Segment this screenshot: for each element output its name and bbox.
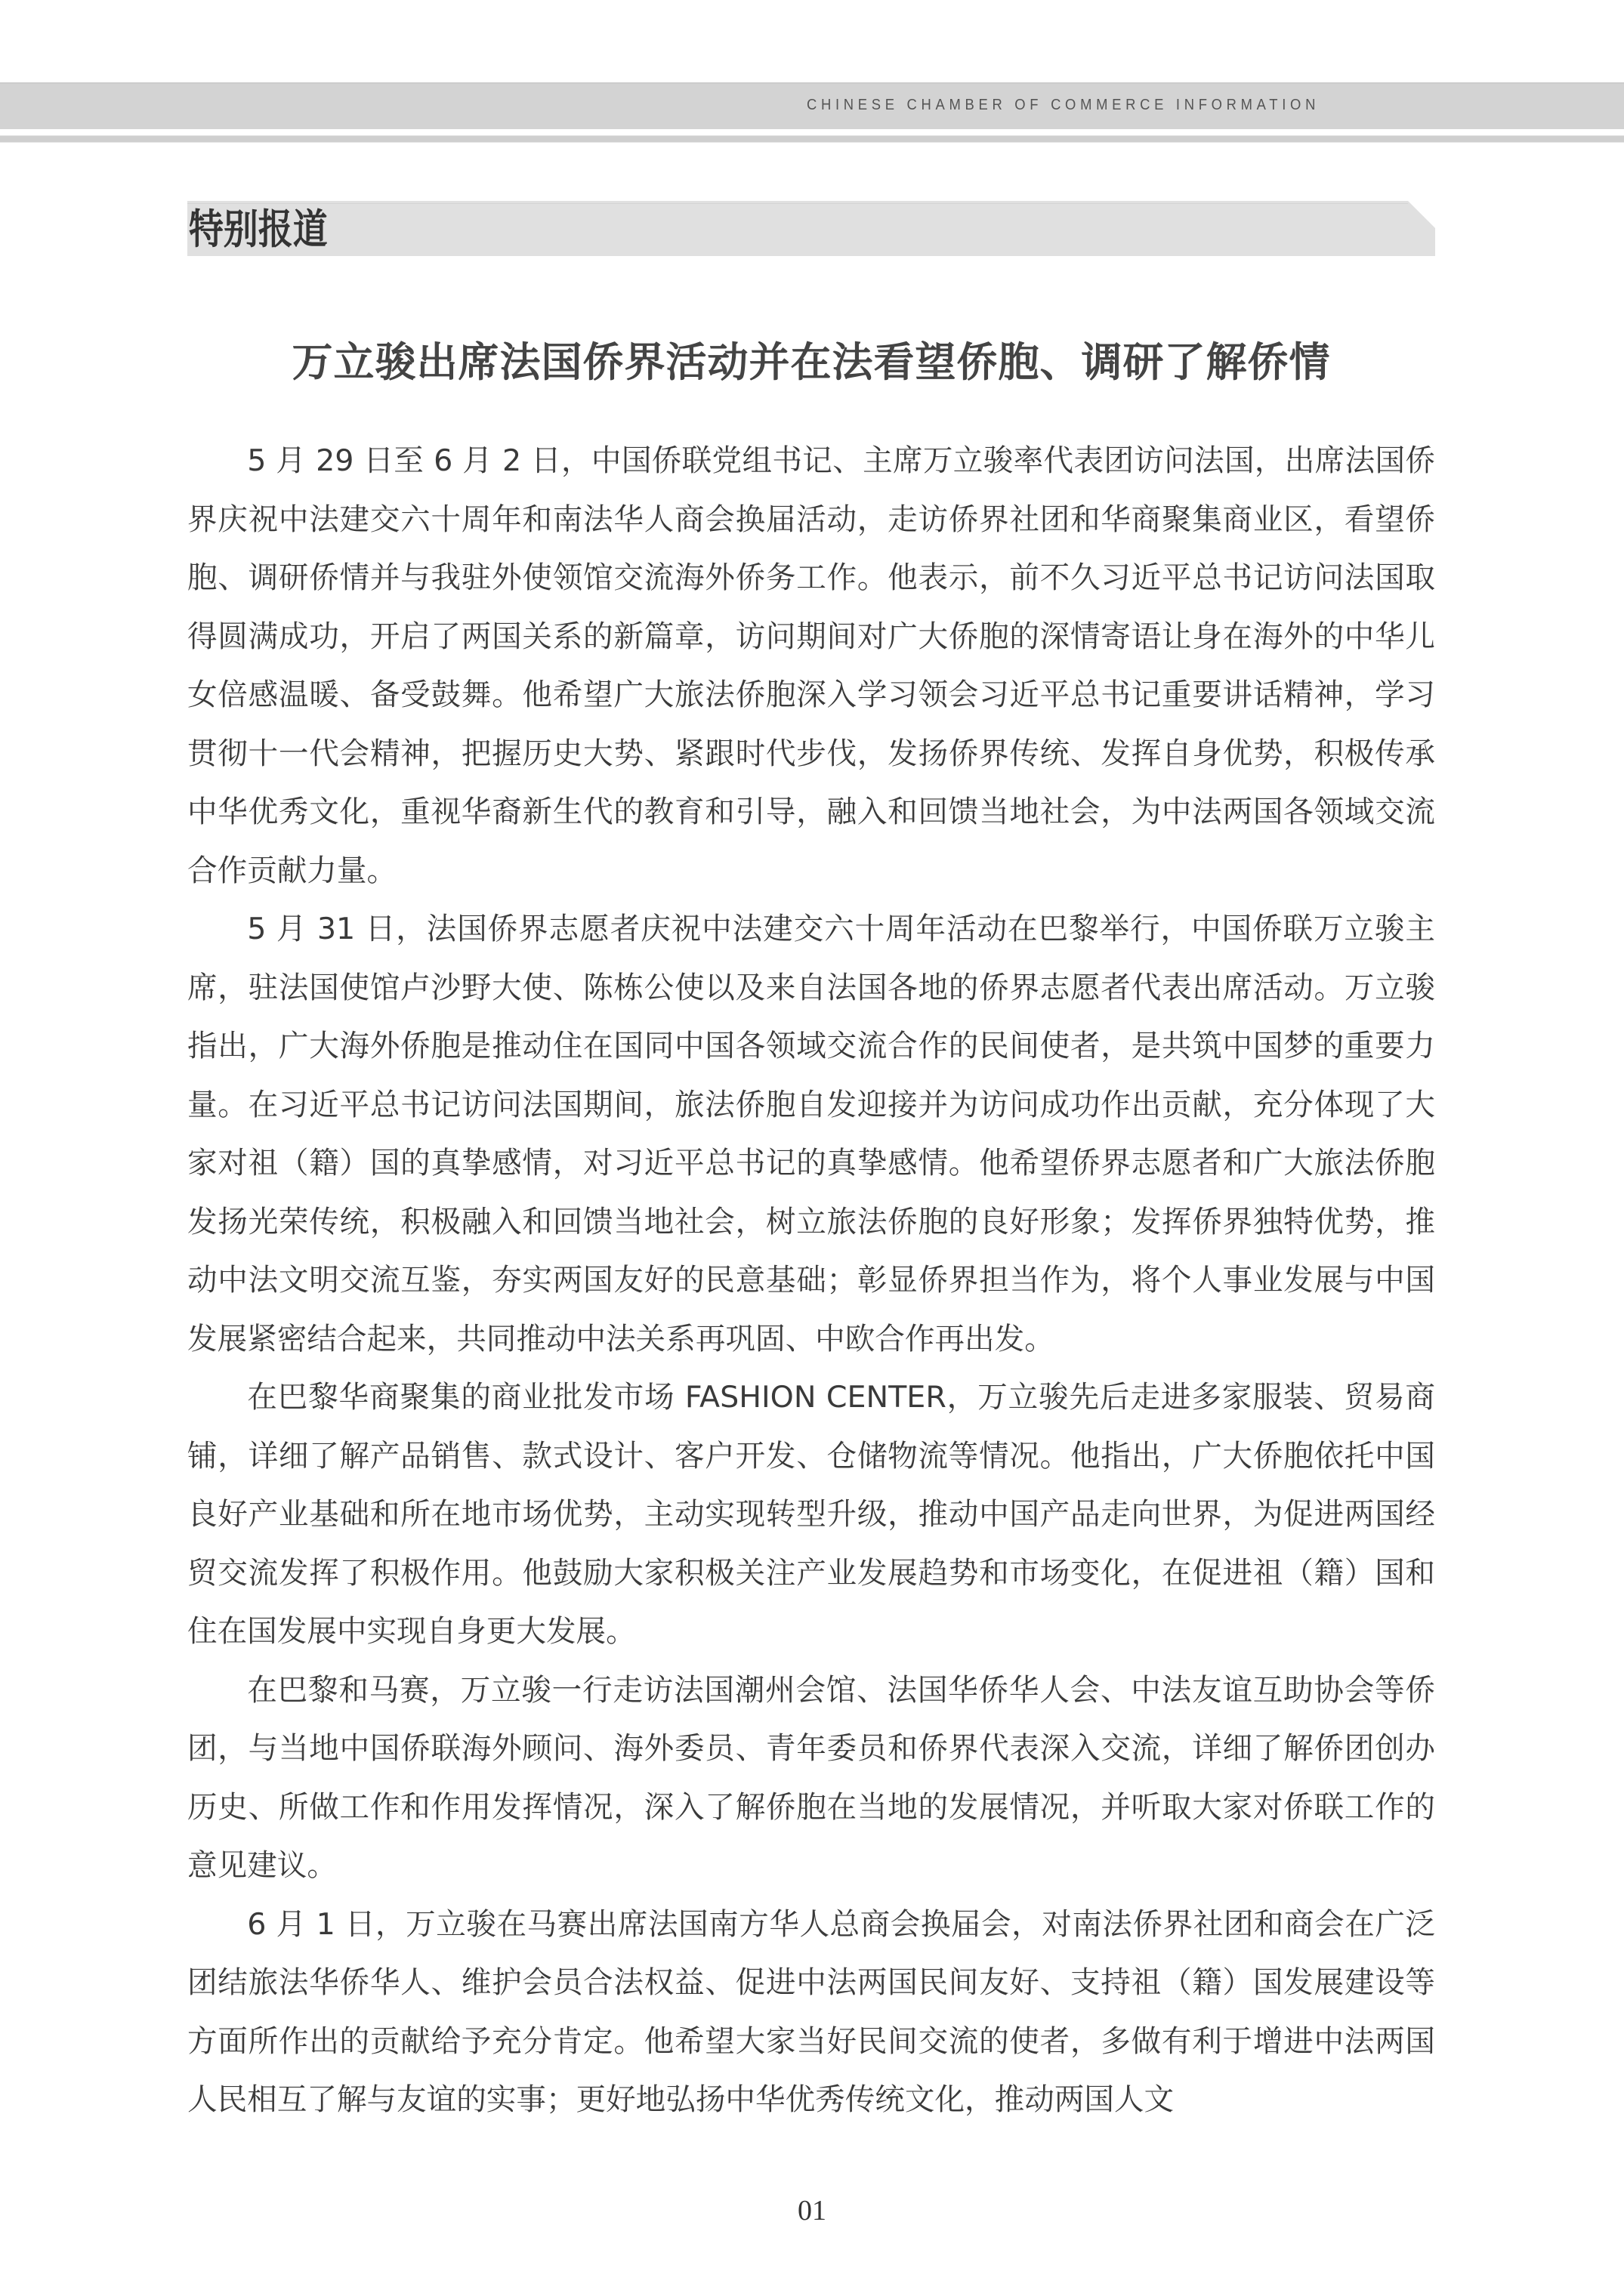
page-number: 01 [0, 2194, 1624, 2227]
article-paragraph: 在巴黎华商聚集的商业批发市场 FASHION CENTER，万立骏先后走进多家服… [187, 1369, 1435, 1662]
publication-name: CHINESE CHAMBER OF COMMERCE INFORMATION [807, 97, 1320, 114]
article-paragraph: 6 月 1 日，万立骏在马赛出席法国南方华人总商会换届会，对南法侨界社团和商会在… [187, 1896, 1435, 2130]
article-paragraph: 5 月 29 日至 6 月 2 日，中国侨联党组书记、主席万立骏率代表团访问法国… [187, 432, 1435, 900]
article-paragraph: 在巴黎和马赛，万立骏一行走访法国潮州会馆、法国华侨华人会、中法友谊互助协会等侨团… [187, 1662, 1435, 1896]
article-paragraph: 5 月 31 日，法国侨界志愿者庆祝中法建交六十周年活动在巴黎举行，中国侨联万立… [187, 900, 1435, 1369]
article-title: 万立骏出席法国侨界活动并在法看望侨胞、调研了解侨情 [187, 332, 1435, 393]
article-body: 5 月 29 日至 6 月 2 日，中国侨联党组书记、主席万立骏率代表团访问法国… [187, 432, 1435, 2130]
header-divider [0, 135, 1624, 143]
section-title: 特别报道 [189, 202, 328, 255]
section-banner [187, 201, 1435, 256]
section-banner-divider [187, 203, 1408, 204]
